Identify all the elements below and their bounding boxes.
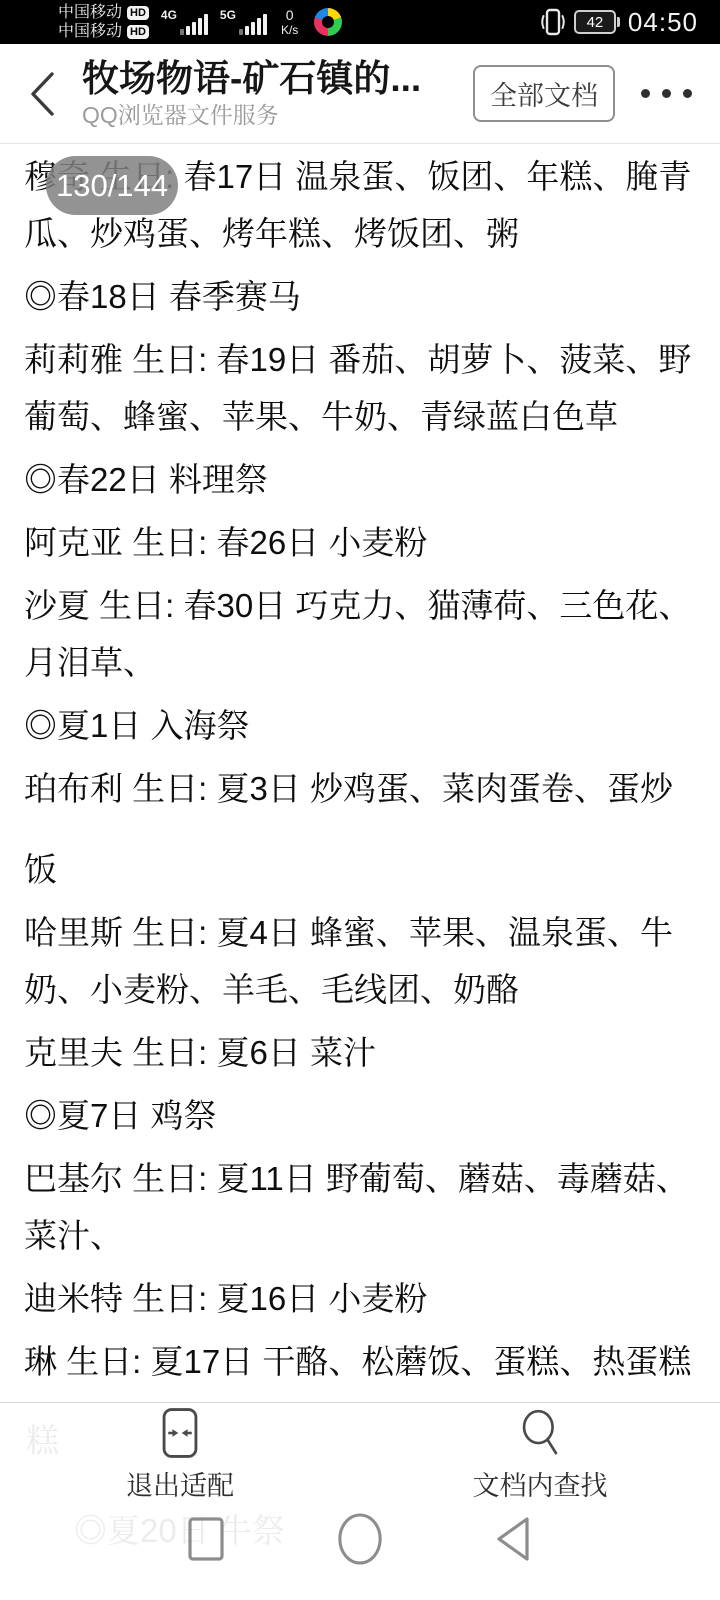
ellipsis-dot	[662, 89, 671, 98]
document-content[interactable]: 穆奇 生日: 春17日 温泉蛋、饭团、年糕、腌青瓜、炒鸡蛋、烤年糕、烤饭团、粥 …	[0, 144, 720, 1402]
doc-paragraph-festival: ◎春18日 春季赛马	[0, 268, 720, 325]
battery-icon: 42	[574, 10, 620, 34]
volte-hd-icon: HD	[127, 25, 149, 39]
back-button[interactable]	[28, 66, 64, 122]
doc-paragraph: 克里夫 生日: 夏6日 菜汁	[0, 1024, 720, 1081]
signal-strength-sim2: 5G	[220, 9, 267, 35]
network-speed: 0 K/s	[281, 8, 298, 37]
carrier-name-sim1: 中国移动	[58, 4, 122, 22]
all-documents-button[interactable]: 全部文档	[473, 65, 615, 122]
doc-paragraph-festival: ◎夏7日 鸡祭	[0, 1087, 720, 1144]
system-navigation-bar	[0, 1503, 720, 1575]
doc-paragraph: 哈里斯 生日: 夏4日 蜂蜜、苹果、温泉蛋、牛奶、小麦粉、羊毛、毛线团、奶酪	[0, 904, 720, 1018]
battery-percent: 42	[587, 14, 604, 31]
document-title: 牧场物语-矿石镇的...	[82, 58, 473, 100]
recents-button[interactable]	[182, 1511, 230, 1567]
doc-paragraph: 沙夏 生日: 春30日 巧克力、猫薄荷、三色花、月泪草、	[0, 577, 720, 691]
ellipsis-dot	[683, 89, 692, 98]
network-type-label-4g: 4G	[161, 9, 177, 21]
notification-app-swirl-icon	[314, 8, 342, 36]
signal-bars-icon	[239, 14, 267, 35]
bottom-bar: 糕 ◎夏20日 牛祭 退出适配 文档内查找	[0, 1402, 720, 1600]
carrier-info: 中国移动 HD 中国移动 HD	[58, 4, 149, 41]
document-toolbar: 退出适配 文档内查找	[0, 1403, 720, 1503]
exit-fit-label: 退出适配	[126, 1464, 234, 1503]
volte-hd-icon: HD	[127, 6, 149, 20]
doc-paragraph: 莉莉雅 生日: 春19日 番茄、胡萝卜、菠菜、野葡萄、蜂蜜、苹果、牛奶、青绿蓝白…	[0, 331, 720, 445]
back-triangle-icon	[493, 1514, 535, 1564]
speed-value: 0	[286, 8, 294, 23]
status-clock: 04:50	[628, 7, 698, 38]
doc-paragraph: 阿克亚 生日: 春26日 小麦粉	[0, 514, 720, 571]
status-bar: 中国移动 HD 中国移动 HD 4G 5G 0 K/s 42 0	[0, 0, 720, 44]
doc-paragraph-continuation: 饭	[0, 841, 720, 898]
recents-square-icon	[187, 1516, 225, 1562]
document-source: QQ浏览器文件服务	[82, 101, 473, 129]
doc-paragraph: 珀布利 生日: 夏3日 炒鸡蛋、菜肉蛋卷、蛋炒	[0, 760, 720, 817]
chevron-left-icon	[28, 68, 56, 120]
signal-bars-icon	[180, 14, 208, 35]
page-indicator-badge: 130/144	[46, 156, 178, 215]
speed-unit: K/s	[281, 23, 298, 37]
ellipsis-dot	[641, 89, 650, 98]
home-circle-icon	[336, 1510, 384, 1568]
exit-adapt-icon	[157, 1407, 203, 1459]
back-nav-button[interactable]	[490, 1511, 538, 1567]
find-in-doc-label: 文档内查找	[473, 1464, 608, 1503]
document-viewer-header: 牧场物语-矿石镇的... QQ浏览器文件服务 全部文档	[0, 44, 720, 144]
doc-paragraph: 巴基尔 生日: 夏11日 野葡萄、蘑菇、毒蘑菇、菜汁、	[0, 1150, 720, 1264]
find-in-document-button[interactable]: 文档内查找	[360, 1403, 720, 1503]
home-button[interactable]	[336, 1511, 384, 1567]
doc-paragraph: 琳 生日: 夏17日 干酪、松蘑饭、蛋糕、热蛋糕	[0, 1333, 720, 1390]
doc-paragraph-festival: ◎夏1日 入海祭	[0, 697, 720, 754]
vibrate-mode-icon	[540, 6, 566, 38]
signal-strength-sim1: 4G	[161, 9, 208, 35]
doc-paragraph: 迪米特 生日: 夏16日 小麦粉	[0, 1270, 720, 1327]
carrier-name-sim2: 中国移动	[58, 23, 122, 41]
doc-paragraph-festival: ◎春22日 料理祭	[0, 451, 720, 508]
more-options-button[interactable]	[637, 79, 696, 108]
search-icon	[516, 1407, 564, 1459]
exit-fit-mode-button[interactable]: 退出适配	[0, 1403, 360, 1503]
network-type-label-5g: 5G	[220, 9, 236, 21]
